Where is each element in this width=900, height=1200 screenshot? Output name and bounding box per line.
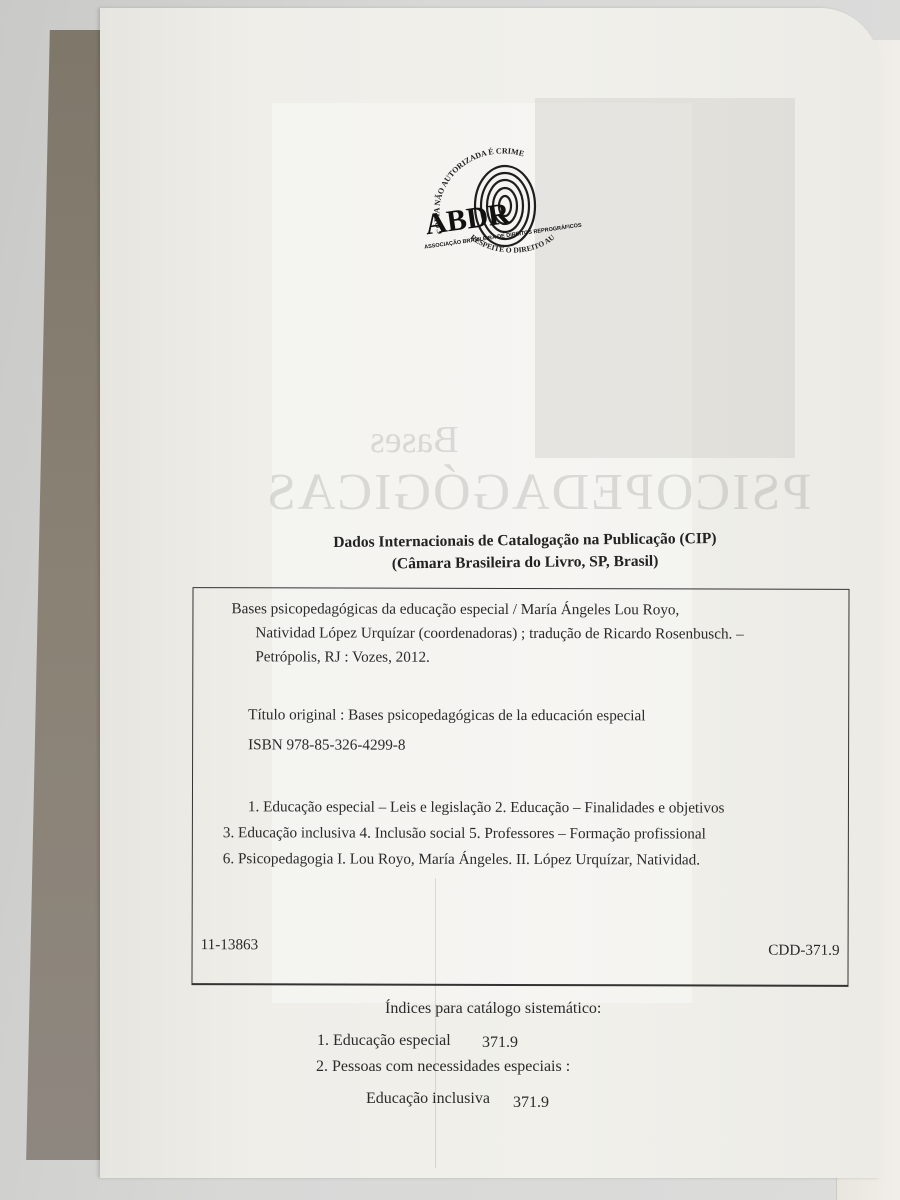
control-number: 11-13863 — [201, 936, 259, 954]
subjects-line-3: 6. Psicopedagogia I. Lou Royo, María Áng… — [223, 850, 700, 869]
subjects-line-1: 1. Educação especial – Leis e legislação… — [248, 798, 725, 817]
index-item-label: 2. Pessoas com necessidades especiais : — [316, 1058, 570, 1076]
show-through-title-word-1: Bases — [370, 418, 459, 462]
catalog-card: Bases psicopedagógicas da educação espec… — [191, 587, 849, 987]
book-page: Bases PSICOPEDAGÓGICAS CÓPIA NÃO AUTORIZ… — [100, 8, 880, 1178]
index-item-code: 371.9 — [513, 1094, 549, 1112]
isbn: ISBN 978-85-326-4299-8 — [248, 736, 405, 754]
entry-authors-line: Natividad López Urquízar (coordenadoras)… — [255, 624, 743, 643]
entry-imprint-line: Petrópolis, RJ : Vozes, 2012. — [255, 648, 430, 666]
index-item-code: 371.9 — [482, 1034, 518, 1052]
cdd-classification: CDD-371.9 — [768, 942, 839, 960]
subjects-line-2: 3. Educação inclusiva 4. Inclusão social… — [223, 824, 706, 843]
abdr-fingerprint-logo-icon: CÓPIA NÃO AUTORIZADA É CRIME ABDR ASSOCI… — [405, 138, 595, 273]
show-through-title-word-2: PSICOPEDAGÓGICAS — [265, 463, 811, 522]
original-title: Título original : Bases psicopedagógicas… — [248, 706, 645, 725]
indices-heading: Índices para catálogo sistemático: — [385, 1000, 601, 1018]
entry-title-line: Bases psicopedagógicas da educação espec… — [231, 600, 679, 619]
index-item-label: Educação inclusiva — [366, 1090, 490, 1108]
index-item-label: 1. Educação especial — [317, 1032, 451, 1050]
cip-heading: Dados Internacionais de Catalogação na P… — [295, 528, 755, 577]
